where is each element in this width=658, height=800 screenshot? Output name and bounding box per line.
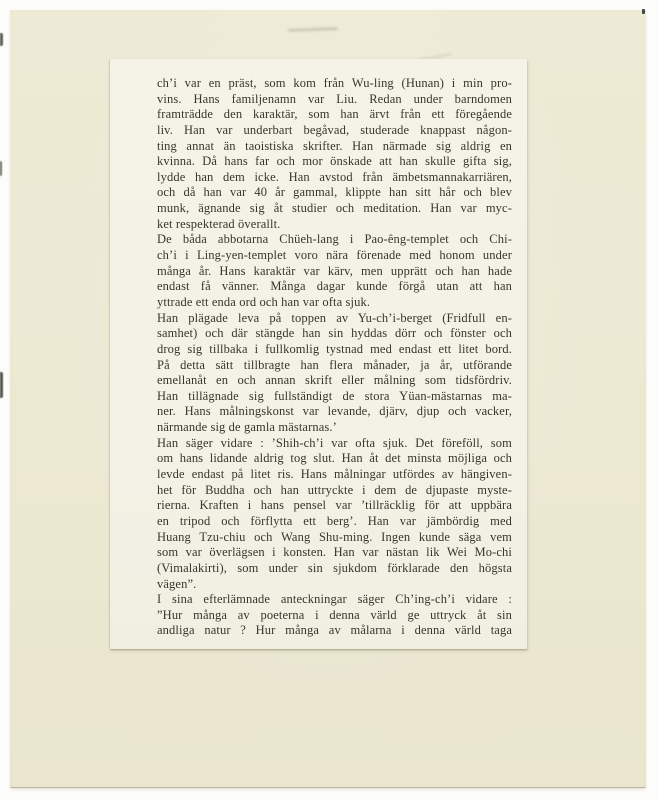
text-line: andliga natur ? Hur många av målarna i d…	[157, 623, 512, 639]
text-line: Han tillägnade sig fullständigt de stora…	[157, 389, 512, 405]
text-column: ch’i var en präst, som kom från Wu-ling …	[157, 76, 512, 639]
text-line: om hans lidande aldrig tog slut. Han åt …	[157, 451, 512, 467]
text-line: ch’i var en präst, som kom från Wu-ling …	[157, 76, 512, 92]
text-line: levde endast på litet ris. Hans målninga…	[157, 467, 512, 483]
text-line: rierna. Kraften i hans pensel var ’tillr…	[157, 498, 512, 514]
text-line: De båda abbotarna Chüeh-lang i Pao-êng-t…	[157, 232, 512, 248]
text-line: drog sig tillbaka i fullkomlig tystnad m…	[157, 342, 512, 358]
text-line: munk, ägnande sig åt studier och meditat…	[157, 201, 512, 217]
text-line: vins. Hans familjenamn var Liu. Redan un…	[157, 92, 512, 108]
text-line: ner. Hans målningskonst var levande, djä…	[157, 404, 512, 420]
text-line: lydde han dem icke. Han avstod från ämbe…	[157, 170, 512, 186]
corner-speck	[642, 9, 645, 14]
text-line: ket respekterad överallt.	[157, 217, 512, 233]
text-line: kvinna. Då hans far och mor önskade att …	[157, 154, 512, 170]
album-page: ch’i var en präst, som kom från Wu-ling …	[10, 10, 646, 787]
text-line: många år. Hans karaktär var kärv, men up…	[157, 264, 512, 280]
text-line: endast få vänner. Många dagar kunde förg…	[157, 279, 512, 295]
text-line: som var överlägsen i konsten. Han var nä…	[157, 545, 512, 561]
tipped-in-sheet: ch’i var en präst, som kom från Wu-ling …	[110, 59, 527, 649]
scan-edge-mark-2	[0, 161, 2, 176]
text-line: Han plägade leva på toppen av Yu-ch’i-be…	[157, 311, 512, 327]
text-line: yttrade ett enda ord och han var ofta sj…	[157, 295, 512, 311]
text-line: framträdde den karaktär, som han ärvt fr…	[157, 107, 512, 123]
text-line: I sina efterlämnade anteckningar säger C…	[157, 592, 512, 608]
text-line: samhet) och där stängde han sin hyddas d…	[157, 326, 512, 342]
text-line: På detta sätt tillbragte han flera månad…	[157, 358, 512, 374]
text-line: en tripod och förflytta ett berg’. Han v…	[157, 514, 512, 530]
text-line: (Vimalakirti), som under sin sjukdom för…	[157, 561, 512, 577]
scan-edge-mark-1	[0, 33, 3, 46]
text-line: ting annat än taoistiska skrifter. Han n…	[157, 139, 512, 155]
text-line: och då han var 40 år gammal, klippte han…	[157, 185, 512, 201]
scan-edge-mark-3	[0, 372, 3, 398]
text-line: liv. Han var underbart begåvad, studerad…	[157, 123, 512, 139]
pencil-smudge-mark	[288, 27, 338, 32]
text-line: Huang Tzu-chiu och Wang Shu-ming. Ingen …	[157, 530, 512, 546]
scanned-page: ch’i var en präst, som kom från Wu-ling …	[0, 0, 658, 800]
text-line: ch’i i Ling-yen-templet voro nära förena…	[157, 248, 512, 264]
text-line: het för Buddha och han uttryckte i dem d…	[157, 483, 512, 499]
text-line: vägen”.	[157, 577, 512, 593]
text-line: närmande sig de gamla mästarnas.’	[157, 420, 512, 436]
text-line: Han säger vidare : ’Shih-ch’i var ofta s…	[157, 436, 512, 452]
text-line: ”Hur många av poeterna i denna värld ge …	[157, 608, 512, 624]
text-line: emellanåt en och annan skrift eller måln…	[157, 373, 512, 389]
